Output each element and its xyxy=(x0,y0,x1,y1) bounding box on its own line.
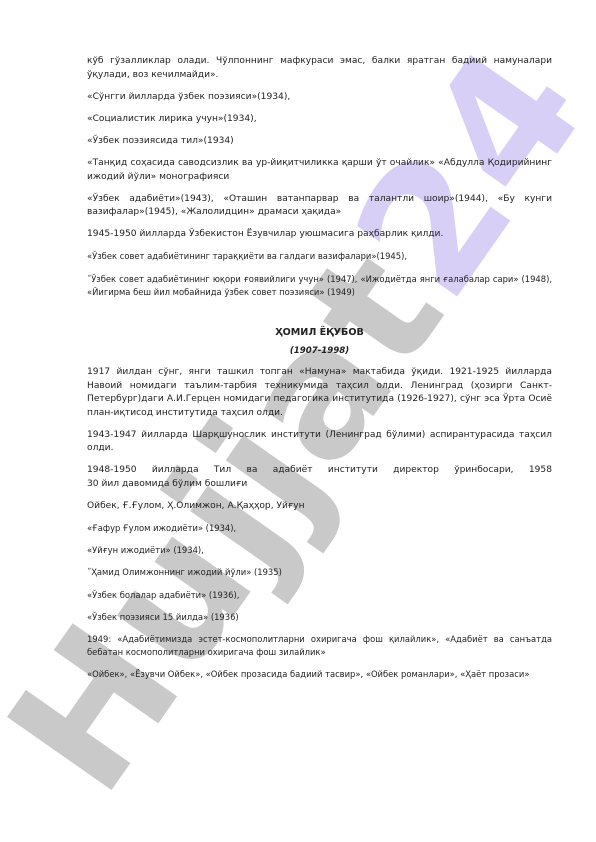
paragraph: ˝Ўзбек совет адабиётининг юқори ғоявийли… xyxy=(87,273,552,300)
paragraph: «Ўзбек адабиёти»(1943), «Оташин ватанпар… xyxy=(87,193,552,220)
paragraph: «Ғафур Ғулом ижодиёти» (1934), xyxy=(87,522,552,536)
paragraph: 1945-1950 йилларда Ўзбекистон Ёзувчилар … xyxy=(87,228,552,242)
paragraph: 1948-1950 йилларда Тил ва адабиёт инстит… xyxy=(87,464,552,478)
section-title: ҲОМИЛ ЁҚУБОВ xyxy=(87,326,552,340)
paragraph: «Уйғун ижодиёти» (1934), xyxy=(87,544,552,558)
paragraph: Ойбек, Ғ.Ғулом, Ҳ.Олимжон, А.Қаҳҳор, Уйғ… xyxy=(87,500,552,514)
paragraph: «Ўзбек поэзиясида тил»(1934) xyxy=(87,135,552,149)
paragraph: «Социалистик лирика учун»(1934), xyxy=(87,113,552,127)
paragraph: «Ойбек», «Ёзувчи Ойбек», «Ойбек прозасид… xyxy=(87,668,552,682)
paragraph: 1917 йилдан сўнг, янги ташкил топган «На… xyxy=(87,366,552,420)
paragraph: «Танқид соҳасида саводсизлик ва ур-йиқит… xyxy=(87,157,552,184)
paragraph: кўб гўзалликлар олади. Чўлпоннинг мафкур… xyxy=(87,55,552,82)
paragraph: ˝Ҳамид Олимжоннинг ижодий йўли» (1935) xyxy=(87,566,552,580)
paragraph: 30 йил давомида бўлим бошлиғи xyxy=(87,478,552,492)
paragraph: «Ўзбек болалар адабиёти» (1936), xyxy=(87,589,552,603)
paragraph: 1943-1947 йилларда Шарқшунослик институт… xyxy=(87,429,552,456)
paragraph: «Ўзбек совет адабиётининг тараққиёти ва … xyxy=(87,250,552,264)
section-years: (1907-1998) xyxy=(87,345,552,359)
paragraph: «Сўнгги йилларда ўзбек поэзияси»(1934), xyxy=(87,91,552,105)
paragraph: «Ўзбек поэзияси 15 йилда» (1936) xyxy=(87,611,552,625)
document-page: кўб гўзалликлар олади. Чўлпоннинг мафкур… xyxy=(87,55,552,691)
paragraph: 1949: «Адабиётимизда эстет-космополитлар… xyxy=(87,633,552,660)
